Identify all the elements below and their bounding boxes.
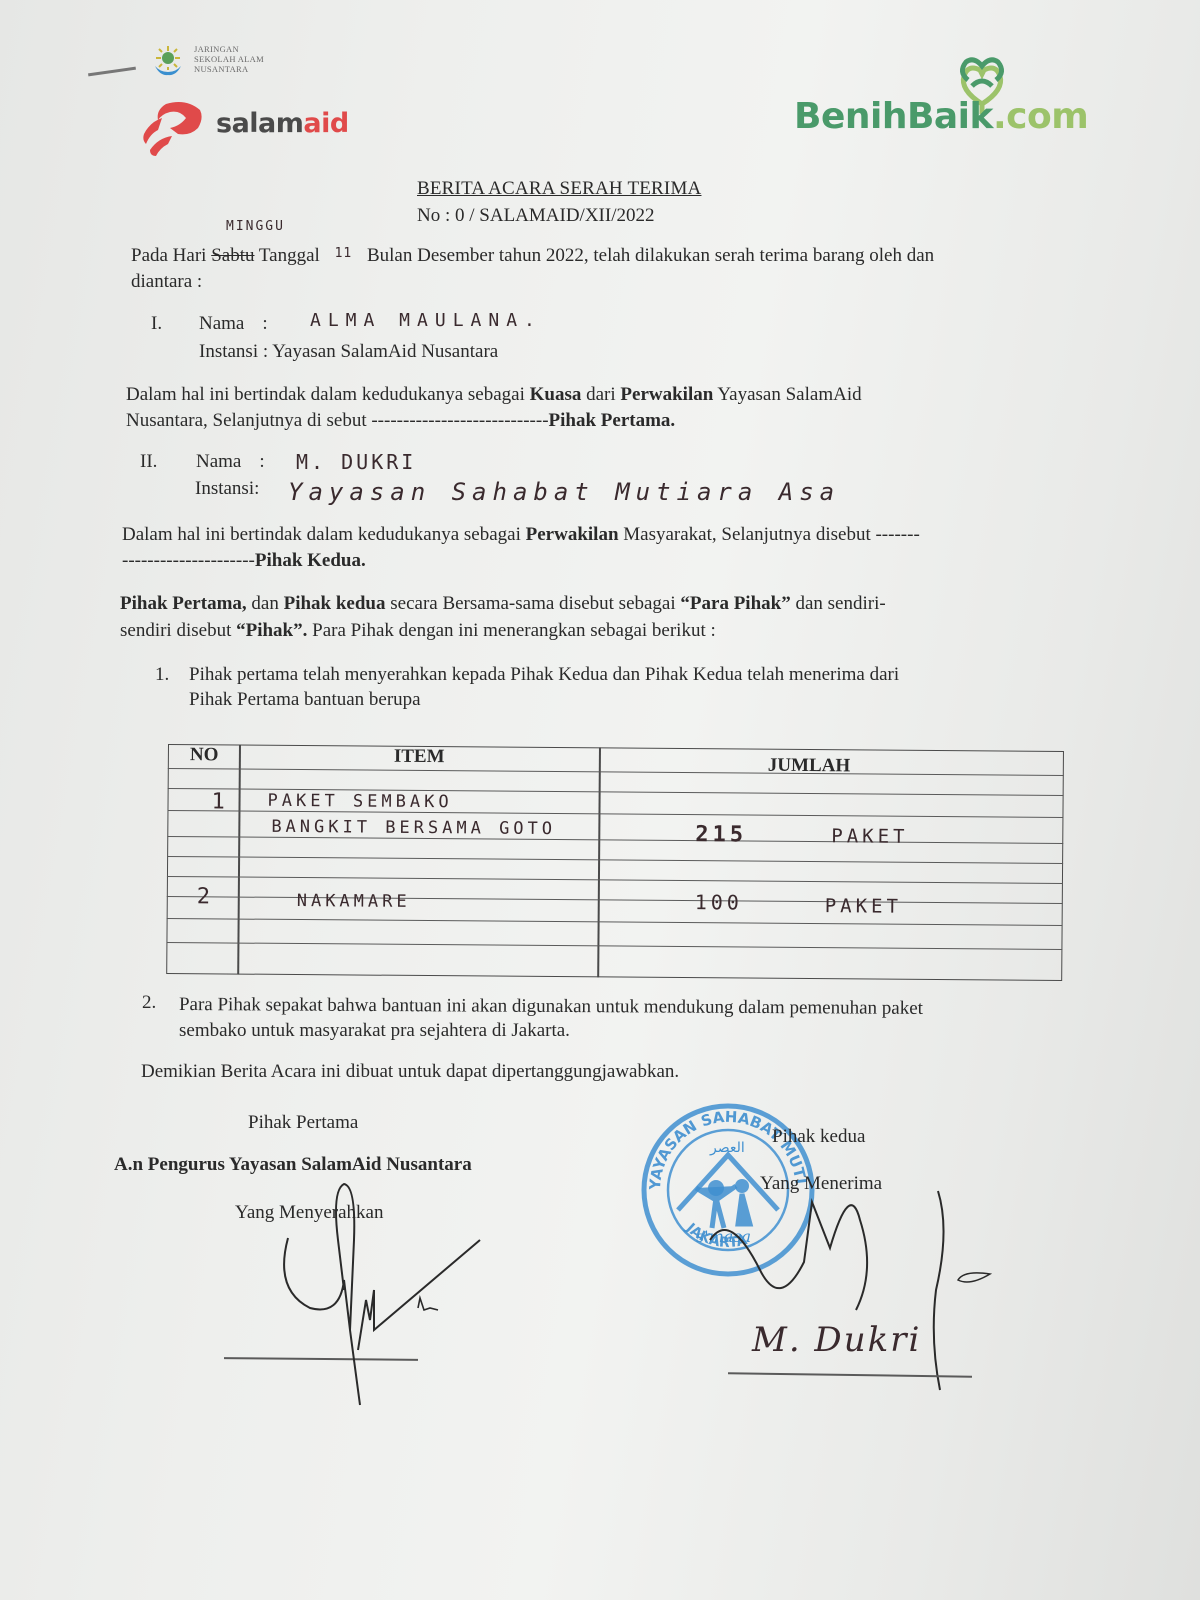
- row-item-line-2: BANGKIT BERSAMA GOTO: [271, 817, 556, 839]
- text: dan: [247, 593, 284, 614]
- left-signature-icon: [270, 1180, 500, 1430]
- party-two-numeral: II.: [140, 451, 157, 473]
- col-header-item: ITEM: [394, 746, 445, 768]
- role-text: Dalam hal ini bertindak dalam kedudukany…: [126, 384, 530, 405]
- jsan-logo-text: JARINGAN SEKOLAH ALAM NUSANTARA: [194, 44, 264, 74]
- row-jumlah-qty: 100: [695, 890, 743, 914]
- text: secara Bersama-sama disebut sebagai: [386, 593, 681, 614]
- point-1-line-1: Pihak pertama telah menyerahkan kepada P…: [189, 664, 899, 686]
- point-2-number: 2.: [142, 992, 156, 1014]
- party-one-name-value: ALMA MAULANA.: [310, 310, 542, 331]
- stamp-arabic-text: العصر: [709, 1140, 745, 1156]
- parties-line-2: sendiri disebut “Pihak”. Para Pihak deng…: [120, 620, 716, 642]
- party-one-name-label: Nama:: [199, 313, 268, 335]
- instansi-value: Yayasan SalamAid Nusantara: [272, 341, 498, 362]
- row-jumlah-qty: 215: [695, 822, 747, 847]
- party-one-role-line-2: Nusantara, Selanjutnya di sebut --------…: [126, 410, 675, 432]
- salamaid-logo-primary: salam: [216, 108, 303, 139]
- party-one-instansi: Instansi : Yayasan SalamAid Nusantara: [199, 341, 498, 363]
- closing-statement: Demikian Berita Acara ini dibuat untuk d…: [141, 1061, 679, 1083]
- left-sign-title: Pihak Pertama: [248, 1112, 358, 1134]
- party-two-name-value: M. DUKRI: [296, 450, 416, 474]
- row-item-line-1: PAKET SEMBAKO: [267, 791, 452, 812]
- text: sendiri disebut: [120, 620, 236, 641]
- pen-mark: [88, 67, 136, 77]
- point-2-line-1: Para Pihak sepakat bahwa bantuan ini aka…: [179, 994, 923, 1020]
- party-two-role-line-2: ---------------------Pihak Kedua.: [122, 550, 366, 572]
- sun-hands-icon: [152, 44, 184, 78]
- benihbaik-logo-primary: BenihBaik: [794, 96, 993, 137]
- role-bold: Perwakilan: [620, 384, 713, 405]
- struck-day: Sabtu: [211, 245, 254, 266]
- point-1-line-2: Pihak Pertama bantuan berupa: [189, 689, 421, 711]
- role-text: ---------------------: [122, 550, 255, 571]
- instansi-label: Instansi: [199, 341, 258, 362]
- handwritten-day-correction: MINGGU: [226, 219, 285, 234]
- jsan-line-3: NUSANTARA: [194, 64, 264, 74]
- instansi-label: Instansi: [195, 478, 254, 499]
- right-sign-title: Pihak kedua: [772, 1126, 865, 1148]
- party-two-instansi-label: Instansi:: [195, 478, 259, 500]
- intro-suffix: Bulan Desember tahun 2022, telah dilakuk…: [362, 245, 934, 266]
- party-one-role-line-1: Dalam hal ini bertindak dalam kedudukany…: [126, 384, 862, 406]
- point-1-number: 1.: [155, 664, 169, 686]
- bold-text: “Pihak”.: [236, 620, 307, 641]
- role-text: Dalam hal ini bertindak dalam kedudukany…: [122, 524, 526, 545]
- party-two-role-line-1: Dalam hal ini bertindak dalam kedudukany…: [122, 524, 920, 546]
- text: dan sendiri-: [791, 593, 886, 614]
- right-handwritten-name: M. Dukri: [752, 1320, 921, 1360]
- hands-bird-icon: [140, 100, 206, 158]
- salamaid-logo-accent: aid: [303, 108, 348, 139]
- point-2-line-2: sembako untuk masyarakat pra sejahtera d…: [179, 1020, 570, 1042]
- pihak-kedua-label: Pihak Kedua.: [255, 550, 366, 571]
- row-no: 1: [211, 789, 228, 814]
- document-title: BERITA ACARA SERAH TERIMA: [417, 178, 701, 200]
- document-number: No : 0 / SALAMAID/XII/2022: [417, 205, 655, 227]
- role-text: Yayasan SalamAid: [713, 384, 861, 405]
- role-bold: Perwakilan: [526, 524, 619, 545]
- intro-prefix: Pada Hari: [131, 245, 211, 266]
- row-no: 2: [197, 884, 214, 909]
- name-label: Nama: [196, 451, 241, 472]
- handwritten-date: 11: [325, 246, 363, 261]
- role-text: dari: [581, 384, 620, 405]
- bold-text: Pihak Pertama,: [120, 593, 247, 614]
- bold-text: “Para Pihak”: [680, 593, 790, 614]
- benihbaik-logo: BenihBaik.com: [794, 96, 1088, 137]
- name-label: Nama: [199, 313, 244, 334]
- intro-mid: Tanggal: [254, 245, 324, 266]
- col-header-no: NO: [190, 744, 219, 766]
- left-sign-org: A.n Pengurus Yayasan SalamAid Nusantara: [114, 1154, 472, 1176]
- role-text: Nusantara, Selanjutnya di sebut --------…: [126, 410, 549, 431]
- parties-line-1: Pihak Pertama, dan Pihak kedua secara Be…: [120, 593, 886, 615]
- party-two-instansi-value: Yayasan Sahabat Mutiara Asa: [288, 478, 840, 506]
- intro-line-2: diantara :: [131, 271, 202, 293]
- jsan-line-2: SEKOLAH ALAM: [194, 54, 264, 64]
- bold-text: Pihak kedua: [284, 593, 386, 614]
- row-item-line-1: NAKAMARE: [297, 891, 411, 912]
- role-text: Masyarakat, Selanjutnya disebut -------: [619, 524, 920, 545]
- col-header-jumlah: JUMLAH: [768, 755, 850, 778]
- party-one-numeral: I.: [151, 313, 162, 335]
- jsan-line-1: JARINGAN: [194, 44, 264, 54]
- intro-line-1: Pada Hari Sabtu Tanggal 11 Bulan Desembe…: [131, 245, 934, 267]
- party-two-name-label: Nama:: [196, 451, 265, 473]
- pihak-pertama-label: Pihak Pertama.: [549, 410, 676, 431]
- benihbaik-logo-accent: .com: [993, 96, 1088, 137]
- role-bold: Kuasa: [530, 384, 582, 405]
- items-table: NO ITEM JUMLAH 1 PAKET SEMBAKO BANGKIT B…: [166, 744, 1064, 981]
- right-signature-icon: [700, 1190, 1000, 1420]
- row-jumlah-unit: PAKET: [831, 825, 908, 848]
- salamaid-logo: salamaid: [216, 108, 349, 139]
- text: Para Pihak dengan ini menerangkan sebaga…: [307, 620, 715, 641]
- row-jumlah-unit: PAKET: [825, 895, 902, 918]
